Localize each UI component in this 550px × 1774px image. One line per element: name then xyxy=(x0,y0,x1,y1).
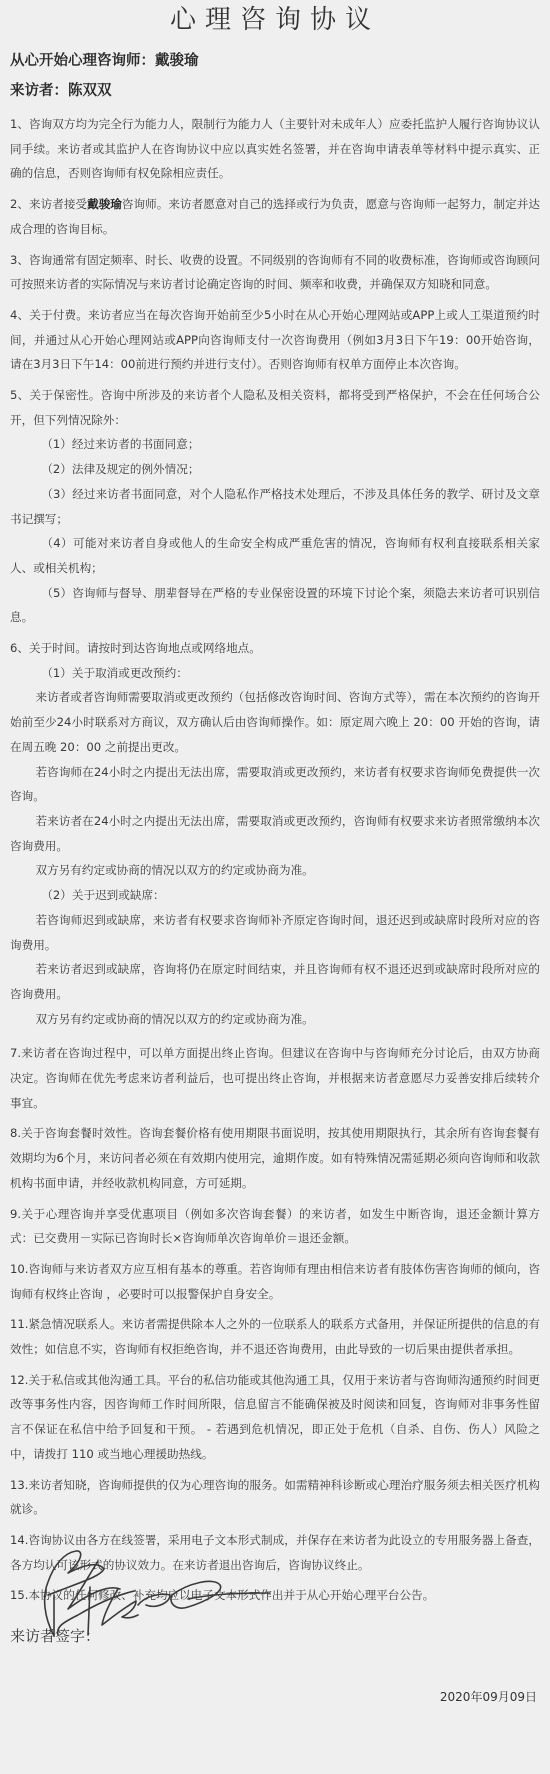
clause-6-sub1-title: （1）关于取消或更改预约： xyxy=(10,661,540,686)
clause-2: 2、来访者接受戴骏瑜咨询师。来访者愿意对自己的选择或行为负责，愿意与咨询师一起努… xyxy=(10,192,540,241)
clause-6: 6、关于时间。请按时到达咨询地点或网络地点。 （1）关于取消或更改预约： 来访者… xyxy=(10,636,540,1031)
clause-10: 10.咨询师与来访者双方应互相有基本的尊重。若咨询师有理由相信来访者有肢体伤害咨… xyxy=(10,1257,540,1306)
clause-6-sub2-title: （2）关于迟到或缺席： xyxy=(10,883,540,908)
clause-8: 8.关于咨询套餐时效性。咨询套餐价格有使用期限书面说明，按其使用期限执行，其余所… xyxy=(10,1121,540,1195)
signature-date: 2020年09月09日 xyxy=(440,1688,537,1705)
clause-6-sub1-item: 若来访者在24小时之内提出无法出席，需要取消或更改预约，咨询师有权要求来访者照常… xyxy=(10,809,540,858)
clause-6-sub2-item: 双方另有约定或协商的情况以双方的约定或协商为准。 xyxy=(10,1007,540,1032)
clause-5-item: （3）经过来访者书面同意，对个人隐私作严格技术处理后，不涉及具体任务的教学、研讨… xyxy=(10,482,540,531)
clause-13: 13.来访者知晓，咨询师提供的仅为心理咨询的服务。如需精神科诊断或心理治疗服务须… xyxy=(10,1473,540,1522)
clause-1: 1、咨询双方均为完全行为能力人，限制行为能力人（主要针对未成年人）应委托监护人履… xyxy=(10,112,540,186)
clause-5: 5、关于保密性。咨询中所涉及的来访者个人隐私及相关资料，都将受到严格保护，不会在… xyxy=(10,383,540,630)
clause-5-item: （5）咨询师与督导、朋辈督导在严格的专业保密设置的环境下讨论个案，须隐去来访者可… xyxy=(10,581,540,630)
visitor-label: 来访者： xyxy=(10,83,68,99)
visitor-name: 陈双双 xyxy=(68,83,112,99)
clause-7: 7.来访者在咨询过程中，可以单方面提出终止咨询。但建议在咨询中与咨询师充分讨论后… xyxy=(10,1041,540,1115)
clause-6-sub1-item: 若咨询师在24小时之内提出无法出席，需要取消或更改预约，来访者有权要求咨询师免费… xyxy=(10,760,540,809)
clause-5-item: （1）经过来访者的书面同意； xyxy=(10,432,540,457)
clause-3: 3、咨询通常有固定频率、时长、收费的设置。不同级别的咨询师有不同的收费标准，咨询… xyxy=(10,248,540,297)
clause-4: 4、关于付费。来访者应当在每次咨询开始前至少5小时在从心开始心理网站或APP上或… xyxy=(10,303,540,377)
clause-6-sub1-item: 双方另有约定或协商的情况以双方的约定或协商为准。 xyxy=(10,858,540,883)
visitor-line: 来访者：陈双双 xyxy=(10,80,540,102)
clause-6-sub2-item: 若咨询师迟到或缺席，来访者有权要求咨询师补齐原定咨询时间，退还迟到或缺席时段所对… xyxy=(10,908,540,957)
handwritten-signature-icon xyxy=(38,1547,288,1637)
clause-6-sub2-item: 若来访者迟到或缺席，咨询将仍在原定时间结束，并且咨询师有权不退还迟到或缺席时段所… xyxy=(10,957,540,1006)
clause-12: 12.关于私信或其他沟通工具。平台的私信功能或其他沟通工具，仅用于来访者与咨询师… xyxy=(10,1368,540,1467)
page-title: 心理咨询协议 xyxy=(10,0,540,38)
counselor-name: 戴骏瑜 xyxy=(155,53,199,69)
clauses: 1、咨询双方均为完全行为能力人，限制行为能力人（主要针对未成年人）应委托监护人履… xyxy=(10,112,540,1608)
clause-9: 9.关于心理咨询并享受优惠项目（例如多次咨询套餐）的来访者，如发生中断咨询，退还… xyxy=(10,1202,540,1251)
counselor-label: 从心开始心理咨询师： xyxy=(10,53,155,69)
clause-5-intro: 5、关于保密性。咨询中所涉及的来访者个人隐私及相关资料，都将受到严格保护，不会在… xyxy=(10,383,540,432)
clause-6-intro: 6、关于时间。请按时到达咨询地点或网络地点。 xyxy=(10,636,540,661)
clause-6-sub1-item: 来访者或者咨询师需要取消或更改预约（包括修改咨询时间、咨询方式等），需在本次预约… xyxy=(10,685,540,759)
clause-5-item: （2）法律及规定的例外情况； xyxy=(10,457,540,482)
clause-11: 11.紧急情况联系人。来访者需提供除本人之外的一位联系人的联系方式备用，并保证所… xyxy=(10,1312,540,1361)
clause-2-counselor-name: 戴骏瑜 xyxy=(87,197,122,211)
agreement-page: 心理咨询协议 从心开始心理咨询师：戴骏瑜 来访者：陈双双 1、咨询双方均为完全行… xyxy=(0,0,550,1774)
clause-5-item: （4）可能对来访者自身或他人的生命安全构成严重危害的情况，咨询师有权利直接联系相… xyxy=(10,531,540,580)
clause-2-prefix: 2、来访者接受 xyxy=(10,197,87,211)
counselor-line: 从心开始心理咨询师：戴骏瑜 xyxy=(10,50,540,72)
